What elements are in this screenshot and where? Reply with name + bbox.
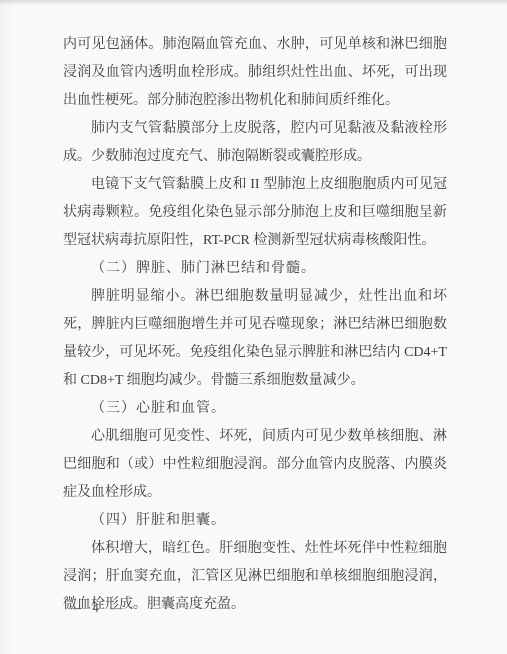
- paragraph-spleen: 脾脏明显缩小。淋巴细胞数量明显减少，灶性出血和坏死，脾脏内巨噬细胞增生并可见吞噬…: [63, 283, 447, 395]
- section-heading-heart: （三）心脏和血管。: [63, 395, 447, 423]
- scanned-page: 内可见包涵体。肺泡隔血管充血、水肿，可见单核和淋巴细胞浸润及血管内透明血栓形成。…: [0, 0, 507, 654]
- paragraph-lung-continuation: 内可见包涵体。肺泡隔血管充血、水肿，可见单核和淋巴细胞浸润及血管内透明血栓形成。…: [63, 31, 447, 115]
- document-body: 内可见包涵体。肺泡隔血管充血、水肿，可见单核和淋巴细胞浸润及血管内透明血栓形成。…: [63, 31, 447, 619]
- paragraph-heart: 心肌细胞可见变性、坏死，间质内可见少数单核细胞、淋巴细胞和（或）中性粒细胞浸润。…: [63, 423, 447, 507]
- section-heading-liver: （四）肝脏和胆囊。: [63, 507, 447, 535]
- paragraph-electron-microscope: 电镜下支气管黏膜上皮和 II 型肺泡上皮细胞胞质内可见冠状病毒颗粒。免疫组化染色…: [63, 171, 447, 255]
- paragraph-bronchus: 肺内支气管黏膜部分上皮脱落，腔内可见黏液及黏液栓形成。少数肺泡过度充气、肺泡隔断…: [63, 115, 447, 171]
- section-heading-spleen: （二）脾脏、肺门淋巴结和骨髓。: [63, 255, 447, 283]
- page-number: — 4 —: [68, 600, 124, 616]
